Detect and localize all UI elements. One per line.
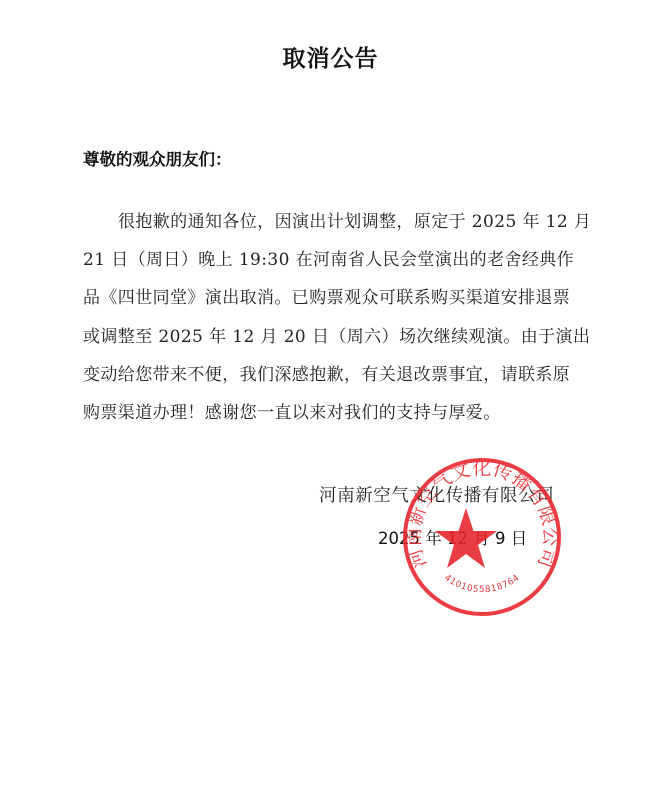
body-line: 或调整至 2025 年 12 月 20 日（周六）场次继续观演。由于演出 [83, 318, 603, 356]
signature-company: 河南新空气文化传播有限公司 [319, 482, 554, 507]
body-line: 购票渠道办理！感谢您一直以来对我们的支持与厚爱。 [83, 394, 603, 432]
announcement-body: 很抱歉的通知各位，因演出计划调整，原定于 2025 年 12 月 21 日（周日… [83, 203, 603, 432]
body-line: 很抱歉的通知各位，因演出计划调整，原定于 2025 年 12 月 [83, 203, 603, 241]
seal-serial-number: 4101055818764 [442, 573, 522, 595]
seal-company-text: 河南新空气文化传播有限公司 [403, 458, 561, 571]
body-line: 品《四世同堂》演出取消。已购票观众可联系购买渠道安排退票 [83, 279, 603, 317]
body-line: 21 日（周日）晚上 19:30 在河南省人民会堂演出的老舍经典作 [83, 241, 603, 279]
body-line: 变动给您带来不便，我们深感抱歉，有关退改票事宜，请联系原 [83, 356, 603, 394]
signature-date: 2025 年 12 月 9 日 [378, 525, 527, 549]
page-title: 取消公告 [0, 40, 661, 73]
salutation: 尊敬的观众朋友们： [83, 146, 232, 170]
document-page: 取消公告 尊敬的观众朋友们： 很抱歉的通知各位，因演出计划调整，原定于 2025… [0, 0, 661, 795]
